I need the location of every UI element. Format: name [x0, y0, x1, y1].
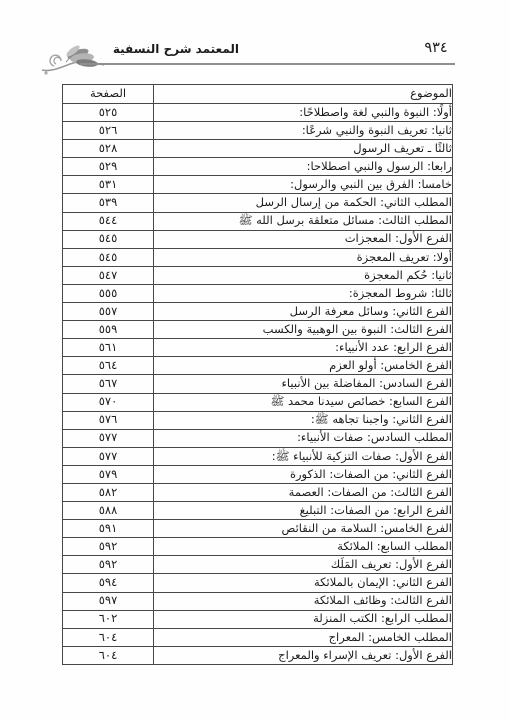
toc-page-cell: ٥٩٧ — [63, 592, 154, 610]
toc-topic-cell: أولا: تعريف المعجزة — [154, 248, 453, 266]
toc-page-cell: ٥٢٩ — [63, 158, 154, 176]
toc-topic-cell: الفرع الثاني: وسائل معرفة الرسل — [154, 303, 453, 321]
toc-topic-cell: ثالثًا ـ تعريف الرسول — [154, 140, 453, 158]
toc-page-cell: ٥٢٨ — [63, 140, 154, 158]
toc-row: الفرع الثالث: من الصفات: العصمة٥٨٢ — [63, 483, 453, 501]
toc-row: الفرع الرابع: عدد الأنبياء:٥٦١ — [63, 339, 453, 357]
toc-table: الموضوع الصفحة أولًا: النبوة والنبي لغة … — [62, 84, 453, 665]
toc-header-page: الصفحة — [63, 85, 154, 104]
book-title: المعتمد شرح النسفية — [133, 42, 239, 56]
folio-page-number: ٩٣٤ — [414, 40, 458, 56]
toc-topic-cell: المطلب الثاني: الحكمة من إرسال الرسل — [154, 194, 453, 212]
toc-page-cell: ٥٩٢ — [63, 556, 154, 574]
toc-row: المطلب السادس: صفات الأنبياء:٥٧٧ — [63, 429, 453, 447]
toc-topic-cell: الفرع الخامس: أولو العزم — [154, 357, 453, 375]
toc-page-cell: ٥٢٦ — [63, 122, 154, 140]
toc-row: الفرع السادس: المفاضلة بين الأنبياء٥٦٧ — [63, 375, 453, 393]
floral-ornament-icon — [40, 42, 106, 80]
toc-page-cell: ٥٩١ — [63, 520, 154, 538]
toc-row: الفرع الثالث: وظائف الملائكة٥٩٧ — [63, 592, 453, 610]
toc-page-cell: ٥٤٥ — [63, 230, 154, 248]
toc-page-cell: ٥٧٠ — [63, 393, 154, 411]
toc-topic-cell: ثالثا: شروط المعجزة: — [154, 284, 453, 302]
toc-topic-cell: الفرع الأول: تعريف المَلَك — [154, 556, 453, 574]
book-page: ٩٣٤ المعتمد شرح النسفية الموضوع الصفحة أ… — [0, 0, 510, 720]
toc-topic-cell: ثانيا: حُكم المعجزة — [154, 266, 453, 284]
toc-topic-cell: الفرع الثاني: من الصفات: الذكورة — [154, 465, 453, 483]
toc-topic-cell: الفرع الثالث: من الصفات: العصمة — [154, 483, 453, 501]
toc-row: المطلب الرابع: الكتب المنزلة٦٠٢ — [63, 610, 453, 628]
toc-topic-cell: الفرع الثاني: الإيمان بالملائكة — [154, 574, 453, 592]
toc-page-cell: ٥٩٤ — [63, 574, 154, 592]
toc-row: الفرع الأول: تعريف المَلَك٥٩٢ — [63, 556, 453, 574]
toc-row: المطلب السابع: الملائكة٥٩٢ — [63, 538, 453, 556]
toc-row: ثالثًا ـ تعريف الرسول٥٢٨ — [63, 140, 453, 158]
toc-topic-cell: الفرع الأول: المعجزات — [154, 230, 453, 248]
toc-row: المطلب الثالث: مسائل متعلقة برسل الله ﷺ٥… — [63, 212, 453, 230]
toc-topic-cell: المطلب السابع: الملائكة — [154, 538, 453, 556]
toc-row: الفرع الرابع: من الصفات: التبليغ٥٨٨ — [63, 502, 453, 520]
toc-header-row: الموضوع الصفحة — [63, 85, 453, 104]
toc-page-cell: ٥٧٦ — [63, 411, 154, 429]
toc-page-cell: ٥٤٤ — [63, 212, 154, 230]
toc-topic-cell: الفرع الثالث: وظائف الملائكة — [154, 592, 453, 610]
toc-page-cell: ٥٦١ — [63, 339, 154, 357]
toc-page-cell: ٥٨٢ — [63, 483, 154, 501]
toc-page-cell: ٥٥٥ — [63, 284, 154, 302]
toc-topic-cell: الفرع الرابع: من الصفات: التبليغ — [154, 502, 453, 520]
toc-page-cell: ٦٠٤ — [63, 628, 154, 646]
toc-page-cell: ٦٠٤ — [63, 646, 154, 664]
toc-topic-cell: الفرع الثاني: واجبنا تجاهه ﷺ: — [154, 411, 453, 429]
toc-row: الفرع السابع: خصائص سيدنا محمد ﷺ٥٧٠ — [63, 393, 453, 411]
toc-page-cell: ٥٧٧ — [63, 447, 154, 465]
toc-row: الفرع الثالث: النبوة بين الوهبية والكسب٥… — [63, 321, 453, 339]
toc-page-cell: ٥٧٧ — [63, 429, 154, 447]
toc-page-cell: ٦٠٢ — [63, 610, 154, 628]
toc-row: الفرع الثاني: واجبنا تجاهه ﷺ:٥٧٦ — [63, 411, 453, 429]
toc-page-cell: ٥٦٧ — [63, 375, 154, 393]
toc-row: ثانيا: تعريف النبوة والنبي شرعًا:٥٢٦ — [63, 122, 453, 140]
toc-page-cell: ٥٣١ — [63, 176, 154, 194]
toc-topic-cell: أولًا: النبوة والنبي لغة واصطلاحًا: — [154, 104, 453, 122]
toc-page-cell: ٥٥٩ — [63, 321, 154, 339]
toc-page-cell: ٥٧٩ — [63, 465, 154, 483]
toc-topic-cell: خامسا: الفرق بين النبي والرسول: — [154, 176, 453, 194]
toc-topic-cell: الفرع السابع: خصائص سيدنا محمد ﷺ — [154, 393, 453, 411]
toc-row: الفرع الثاني: من الصفات: الذكورة٥٧٩ — [63, 465, 453, 483]
toc-topic-cell: الفرع الأول: تعريف الإسراء والمعراج — [154, 646, 453, 664]
toc-topic-cell: الفرع الرابع: عدد الأنبياء: — [154, 339, 453, 357]
toc-page-cell: ٥٨٨ — [63, 502, 154, 520]
toc-row: الفرع الأول: المعجزات٥٤٥ — [63, 230, 453, 248]
toc-row: الفرع الخامس: السلامة من النقائص٥٩١ — [63, 520, 453, 538]
toc-row: المطلب الخامس: المعراج٦٠٤ — [63, 628, 453, 646]
toc-page-cell: ٥٥٧ — [63, 303, 154, 321]
toc-row: المطلب الثاني: الحكمة من إرسال الرسل٥٣٩ — [63, 194, 453, 212]
toc-topic-cell: رابعا: الرسول والنبي اصطلاحا: — [154, 158, 453, 176]
toc-topic-cell: الفرع الأول: صفات التزكية للأنبياء ﷺ: — [154, 447, 453, 465]
toc-topic-cell: الفرع الخامس: السلامة من النقائص — [154, 520, 453, 538]
toc-page-cell: ٥٦٤ — [63, 357, 154, 375]
toc-row: أولا: تعريف المعجزة٥٤٥ — [63, 248, 453, 266]
toc-row: خامسا: الفرق بين النبي والرسول:٥٣١ — [63, 176, 453, 194]
toc-page-cell: ٥٤٥ — [63, 248, 154, 266]
toc-topic-cell: المطلب الرابع: الكتب المنزلة — [154, 610, 453, 628]
toc-page-cell: ٥٢٥ — [63, 104, 154, 122]
toc-page-cell: ٥٣٩ — [63, 194, 154, 212]
toc-topic-cell: الفرع الثالث: النبوة بين الوهبية والكسب — [154, 321, 453, 339]
toc-row: ثانيا: حُكم المعجزة٥٤٧ — [63, 266, 453, 284]
header-rule — [80, 63, 455, 65]
toc-row: أولًا: النبوة والنبي لغة واصطلاحًا:٥٢٥ — [63, 104, 453, 122]
toc-row: الفرع الخامس: أولو العزم٥٦٤ — [63, 357, 453, 375]
toc-topic-cell: المطلب السادس: صفات الأنبياء: — [154, 429, 453, 447]
toc-row: الفرع الأول: تعريف الإسراء والمعراج٦٠٤ — [63, 646, 453, 664]
toc-row: ثالثا: شروط المعجزة:٥٥٥ — [63, 284, 453, 302]
toc-page-cell: ٥٩٢ — [63, 538, 154, 556]
toc-topic-cell: ثانيا: تعريف النبوة والنبي شرعًا: — [154, 122, 453, 140]
toc-header-topic: الموضوع — [154, 85, 453, 104]
toc-row: الفرع الأول: صفات التزكية للأنبياء ﷺ:٥٧٧ — [63, 447, 453, 465]
toc-table-body: أولًا: النبوة والنبي لغة واصطلاحًا:٥٢٥ثا… — [63, 104, 453, 665]
toc-row: الفرع الثاني: وسائل معرفة الرسل٥٥٧ — [63, 303, 453, 321]
toc-topic-cell: المطلب الثالث: مسائل متعلقة برسل الله ﷺ — [154, 212, 453, 230]
toc-page-cell: ٥٤٧ — [63, 266, 154, 284]
toc-table-head: الموضوع الصفحة — [63, 85, 453, 104]
toc-topic-cell: المطلب الخامس: المعراج — [154, 628, 453, 646]
toc-row: رابعا: الرسول والنبي اصطلاحا:٥٢٩ — [63, 158, 453, 176]
toc-topic-cell: الفرع السادس: المفاضلة بين الأنبياء — [154, 375, 453, 393]
toc-row: الفرع الثاني: الإيمان بالملائكة٥٩٤ — [63, 574, 453, 592]
